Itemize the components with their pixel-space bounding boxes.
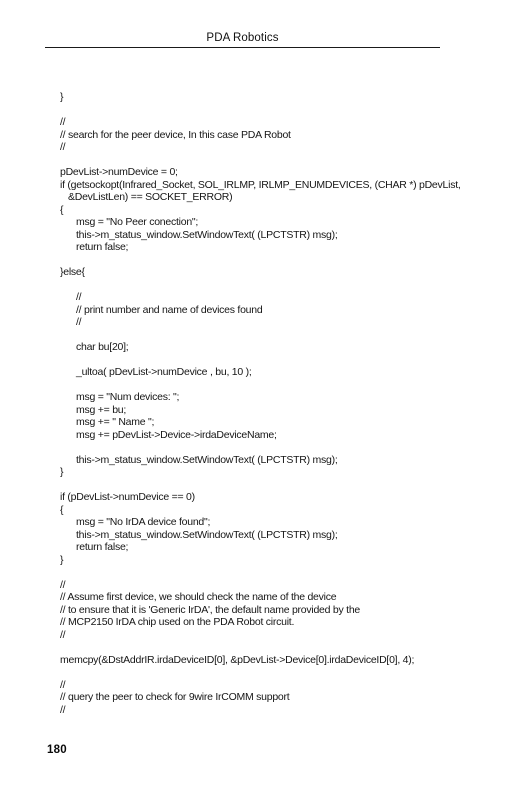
code-line: // [60,704,500,717]
code-line: &DevListLen) == SOCKET_ERROR) [60,191,500,204]
code-line: // [60,316,500,329]
code-line: if (getsockopt(Infrared_Socket, SOL_IRLM… [60,179,500,192]
code-line: _ultoa( pDevList->numDevice , bu, 10 ); [60,366,500,379]
code-line: // [60,579,500,592]
code-line [60,479,500,492]
code-line: // print number and name of devices foun… [60,304,500,317]
code-line: // MCP2150 IrDA chip used on the PDA Rob… [60,616,500,629]
code-line: this->m_status_window.SetWindowText( (LP… [60,229,500,242]
page-title: PDA Robotics [206,32,278,47]
book-page: PDA Robotics } //// search for the peer … [0,0,531,800]
code-line [60,279,500,292]
code-line: { [60,204,500,217]
code-line: memcpy(&DstAddrIR.irdaDeviceID[0], &pDev… [60,654,500,667]
code-line: return false; [60,541,500,554]
code-line [60,566,500,579]
code-line: } [60,554,500,567]
code-line: // [60,141,500,154]
code-line: msg = "Num devices: "; [60,391,500,404]
code-line: // search for the peer device, In this c… [60,129,500,142]
code-line: msg = "No Peer conection"; [60,216,500,229]
code-line [60,154,500,167]
code-line: // [60,116,500,129]
code-line: return false; [60,241,500,254]
code-line: this->m_status_window.SetWindowText( (LP… [60,454,500,467]
code-line [60,354,500,367]
code-line: }else{ [60,266,500,279]
code-line: msg = "No IrDA device found"; [60,516,500,529]
code-line: this->m_status_window.SetWindowText( (LP… [60,529,500,542]
code-line: // to ensure that it is 'Generic IrDA', … [60,604,500,617]
code-line: // [60,679,500,692]
code-line: // [60,291,500,304]
code-line: if (pDevList->numDevice == 0) [60,491,500,504]
code-line [60,379,500,392]
code-line: // Assume first device, we should check … [60,591,500,604]
code-line [60,441,500,454]
code-line: msg += pDevList->Device->irdaDeviceName; [60,429,500,442]
code-line: msg += bu; [60,404,500,417]
code-line [60,104,500,117]
code-line: } [60,91,500,104]
code-line [60,666,500,679]
code-line [60,329,500,342]
page-header: PDA Robotics [45,0,440,48]
code-line [60,254,500,267]
code-line: // [60,629,500,642]
code-line: { [60,504,500,517]
code-listing: } //// search for the peer device, In th… [60,91,500,716]
code-line [60,641,500,654]
code-line: pDevList->numDevice = 0; [60,166,500,179]
code-line: char bu[20]; [60,341,500,354]
code-line: msg += " Name "; [60,416,500,429]
code-line: } [60,466,500,479]
code-line: // query the peer to check for 9wire IrC… [60,691,500,704]
page-number: 180 [47,744,67,756]
